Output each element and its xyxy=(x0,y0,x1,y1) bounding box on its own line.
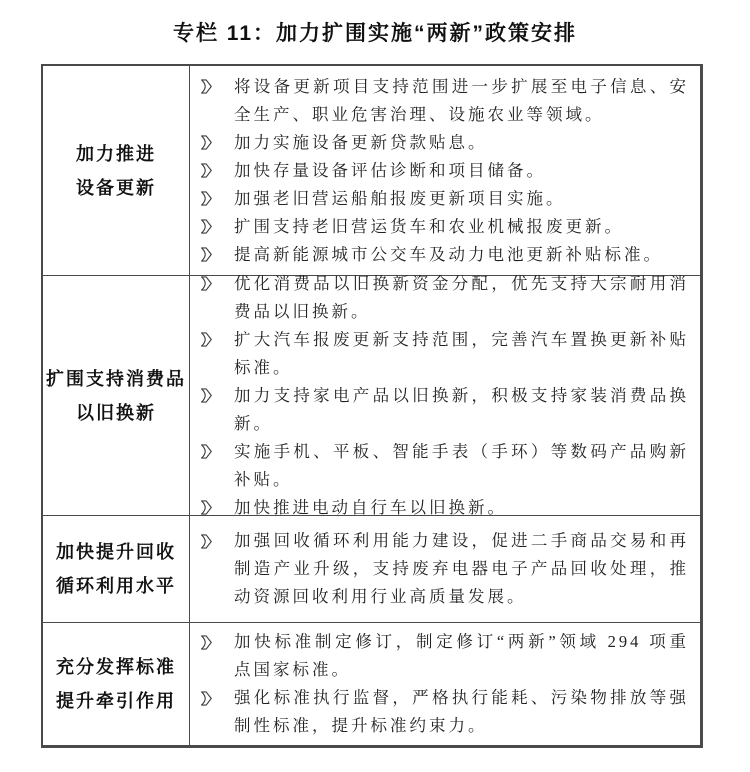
policy-item-text: 提高新能源城市公交车及动力电池更新补贴标准。 xyxy=(234,245,663,264)
row-header-cell: 充分发挥标准提升牵引作用 xyxy=(43,623,190,745)
page-title: 专栏 11：加力扩围实施“两新”政策安排 xyxy=(0,17,750,47)
hollow-right-arrow-icon xyxy=(199,387,213,404)
policy-item: 加快推进电动自行车以旧换新。 xyxy=(190,494,689,522)
row-header-line: 以旧换新 xyxy=(76,396,156,430)
row-header-line: 加快提升回收 xyxy=(56,535,176,569)
row-header-line: 加力推进 xyxy=(76,137,156,171)
hollow-right-arrow-icon xyxy=(199,499,213,516)
policy-table: 加力推进设备更新将设备更新项目支持范围进一步扩展至电子信息、安全生产、职业危害治… xyxy=(41,64,703,748)
policy-item: 加快存量设备评估诊断和项目储备。 xyxy=(190,157,689,185)
policy-item: 将设备更新项目支持范围进一步扩展至电子信息、安全生产、职业危害治理、设施农业等领… xyxy=(190,73,689,129)
policy-item-text: 优化消费品以旧换新资金分配，优先支持大宗耐用消费品以旧换新。 xyxy=(234,274,689,321)
policy-item-text: 强化标准执行监督，严格执行能耗、污染物排放等强制性标准，提升标准约束力。 xyxy=(234,688,689,735)
policy-item: 实施手机、平板、智能手表（手环）等数码产品购新补贴。 xyxy=(190,438,689,494)
policy-item: 加强老旧营运船舶报废更新项目实施。 xyxy=(190,185,689,213)
hollow-right-arrow-icon xyxy=(199,218,213,235)
row-header-line: 提升牵引作用 xyxy=(56,684,176,718)
policy-item-text: 加强回收循环利用能力建设，促进二手商品交易和再制造产业升级，支持废弃电器电子产品… xyxy=(234,531,689,606)
hollow-right-arrow-icon xyxy=(199,78,213,95)
hollow-right-arrow-icon xyxy=(199,162,213,179)
policy-item-text: 加快存量设备评估诊断和项目储备。 xyxy=(234,161,546,180)
row-header-line: 扩围支持消费品 xyxy=(46,362,186,396)
hollow-right-arrow-icon xyxy=(199,443,213,460)
row-items-cell: 加快标准制定修订，制定修订“两新”领域 294 项重点国家标准。强化标准执行监督… xyxy=(190,623,700,745)
policy-item-text: 加快标准制定修订，制定修订“两新”领域 294 项重点国家标准。 xyxy=(234,632,689,679)
policy-item-text: 将设备更新项目支持范围进一步扩展至电子信息、安全生产、职业危害治理、设施农业等领… xyxy=(234,77,689,124)
policy-item: 提高新能源城市公交车及动力电池更新补贴标准。 xyxy=(190,241,689,269)
policy-item-text: 扩围支持老旧营运货车和农业机械报废更新。 xyxy=(234,217,624,236)
policy-item: 加强回收循环利用能力建设，促进二手商品交易和再制造产业升级，支持废弃电器电子产品… xyxy=(190,527,689,611)
row-header-cell: 加力推进设备更新 xyxy=(43,66,190,275)
policy-item: 强化标准执行监督，严格执行能耗、污染物排放等强制性标准，提升标准约束力。 xyxy=(190,684,689,740)
policy-item-text: 加力实施设备更新贷款贴息。 xyxy=(234,133,488,152)
row-items-cell: 将设备更新项目支持范围进一步扩展至电子信息、安全生产、职业危害治理、设施农业等领… xyxy=(190,66,700,275)
hollow-right-arrow-icon xyxy=(199,331,213,348)
row-header-line: 循环利用水平 xyxy=(56,569,176,603)
policy-item-text: 扩大汽车报废更新支持范围，完善汽车置换更新补贴标准。 xyxy=(234,330,689,377)
table-row: 扩围支持消费品以旧换新优化消费品以旧换新资金分配，优先支持大宗耐用消费品以旧换新… xyxy=(43,275,700,515)
table-row: 加快提升回收循环利用水平加强回收循环利用能力建设，促进二手商品交易和再制造产业升… xyxy=(43,515,700,622)
policy-item: 加力实施设备更新贷款贴息。 xyxy=(190,129,689,157)
policy-item-text: 加快推进电动自行车以旧换新。 xyxy=(234,498,507,517)
table-row: 充分发挥标准提升牵引作用加快标准制定修订，制定修订“两新”领域 294 项重点国… xyxy=(43,622,700,745)
hollow-right-arrow-icon xyxy=(199,690,213,707)
row-header-cell: 加快提升回收循环利用水平 xyxy=(43,516,190,622)
row-header-cell: 扩围支持消费品以旧换新 xyxy=(43,276,190,515)
hollow-right-arrow-icon xyxy=(199,533,213,550)
policy-item: 加快标准制定修订，制定修订“两新”领域 294 项重点国家标准。 xyxy=(190,628,689,684)
row-items-cell: 加强回收循环利用能力建设，促进二手商品交易和再制造产业升级，支持废弃电器电子产品… xyxy=(190,516,700,622)
row-header-line: 充分发挥标准 xyxy=(56,650,176,684)
policy-item-text: 实施手机、平板、智能手表（手环）等数码产品购新补贴。 xyxy=(234,442,689,489)
hollow-right-arrow-icon xyxy=(199,246,213,263)
policy-item-text: 加力支持家电产品以旧换新，积极支持家装消费品换新。 xyxy=(234,386,689,433)
hollow-right-arrow-icon xyxy=(199,190,213,207)
policy-item: 加力支持家电产品以旧换新，积极支持家装消费品换新。 xyxy=(190,382,689,438)
row-header-line: 设备更新 xyxy=(76,171,156,205)
policy-item: 扩大汽车报废更新支持范围，完善汽车置换更新补贴标准。 xyxy=(190,326,689,382)
table-row: 加力推进设备更新将设备更新项目支持范围进一步扩展至电子信息、安全生产、职业危害治… xyxy=(43,66,700,275)
policy-item: 扩围支持老旧营运货车和农业机械报废更新。 xyxy=(190,213,689,241)
row-items-cell: 优化消费品以旧换新资金分配，优先支持大宗耐用消费品以旧换新。扩大汽车报废更新支持… xyxy=(190,276,700,515)
hollow-right-arrow-icon xyxy=(199,634,213,651)
policy-item-text: 加强老旧营运船舶报废更新项目实施。 xyxy=(234,189,566,208)
hollow-right-arrow-icon xyxy=(199,275,213,292)
hollow-right-arrow-icon xyxy=(199,134,213,151)
policy-item: 优化消费品以旧换新资金分配，优先支持大宗耐用消费品以旧换新。 xyxy=(190,270,689,326)
